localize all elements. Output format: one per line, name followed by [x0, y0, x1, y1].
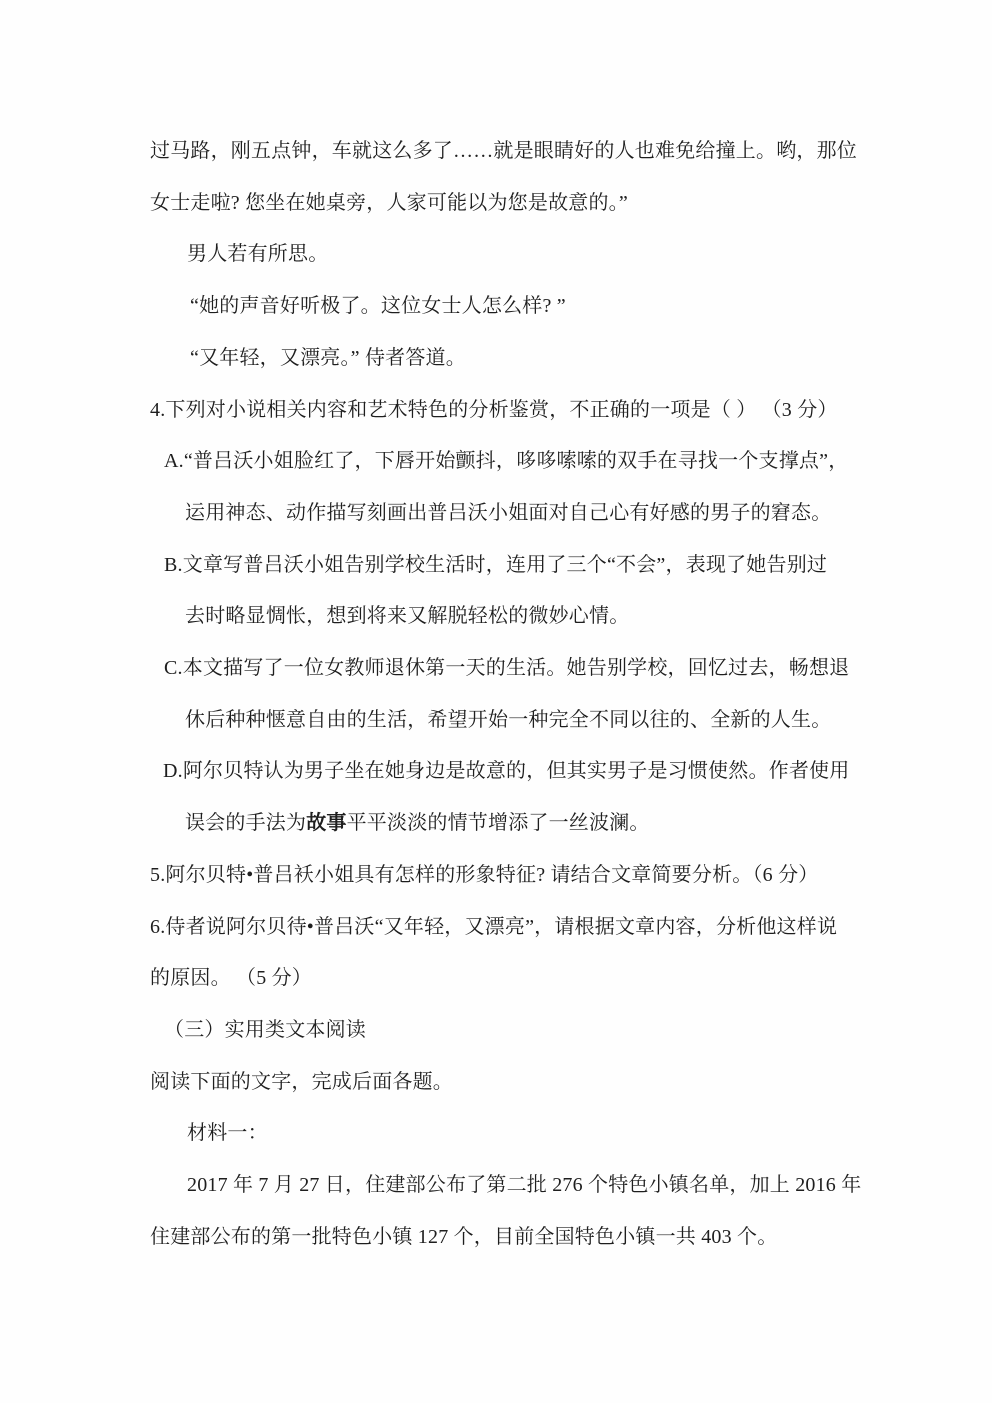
text-line: 4.下列对小说相关内容和艺术特色的分析鉴赏，不正确的一项是（ ） （3 分） [150, 385, 930, 437]
text-segment: 过马路，刚五点钟，车就这么多了……就是眼睛好的人也难免给撞上。哟，那位 [150, 140, 857, 162]
text-segment: 住建部公布的第一批特色小镇 127 个，目前全国特色小镇一共 403 个。 [150, 1226, 777, 1248]
text-line: 6.侍者说阿尔贝待•普吕沃“又年轻，又漂亮”，请根据文章内容，分析他这样说 [150, 902, 930, 954]
scanned-document-page: 过马路，刚五点钟，车就这么多了……就是眼睛好的人也难免给撞上。哟，那位女士走啦?… [0, 0, 992, 1403]
text-segment: 阅读下面的文字，完成后面各题。 [150, 1071, 453, 1093]
text-line: C.本文描写了一位女教师退休第一天的生活。她告别学校，回忆过去，畅想退 [150, 643, 930, 695]
text-segment: 女士走啦? 您坐在她桌旁，人家可能以为您是故意的。” [150, 192, 628, 214]
text-line: 2017 年 7 月 27 日，住建部公布了第二批 276 个特色小镇名单，加上… [150, 1160, 930, 1212]
text-segment: 4.下列对小说相关内容和艺术特色的分析鉴赏，不正确的一项是（ ） （3 分） [150, 399, 838, 421]
document-body: 过马路，刚五点钟，车就这么多了……就是眼睛好的人也难免给撞上。哟，那位女士走啦?… [150, 126, 930, 1263]
text-line: 5.阿尔贝特•普吕袄小姐具有怎样的形象特征? 请结合文章简要分析。（6 分） [150, 850, 930, 902]
text-segment: 男人若有所思。 [187, 243, 328, 265]
text-line: “她的声音好听极了。这位女士人怎么样? ” [150, 281, 930, 333]
text-line: 去时略显惆怅，想到将来又解脱轻松的微妙心情。 [150, 591, 930, 643]
text-line: （三）实用类文本阅读 [150, 1005, 930, 1057]
text-segment: 误会的手法为 [185, 812, 306, 834]
text-segment: C.本文描写了一位女教师退休第一天的生活。她告别学校，回忆过去，畅想退 [164, 657, 849, 679]
text-line: 运用神态、动作描写刻画出普吕沃小姐面对自己心有好感的男子的窘态。 [150, 488, 930, 540]
text-line: 女士走啦? 您坐在她桌旁，人家可能以为您是故意的。” [150, 178, 930, 230]
text-line: 过马路，刚五点钟，车就这么多了……就是眼睛好的人也难免给撞上。哟，那位 [150, 126, 930, 178]
text-line: 阅读下面的文字，完成后面各题。 [150, 1057, 930, 1109]
text-line: 男人若有所思。 [150, 229, 930, 281]
text-segment: 6.侍者说阿尔贝待•普吕沃“又年轻，又漂亮”，请根据文章内容，分析他这样说 [150, 916, 837, 938]
text-segment: 去时略显惆怅，想到将来又解脱轻松的微妙心情。 [185, 605, 629, 627]
text-segment: “她的声音好听极了。这位女士人怎么样? ” [190, 295, 566, 317]
text-line: B.文章写普吕沃小姐告别学校生活时，连用了三个“不会”，表现了她告别过 [150, 540, 930, 592]
text-segment: 平平淡淡的情节增添了一丝波澜。 [347, 812, 650, 834]
text-line: D.阿尔贝特认为男子坐在她身边是故意的，但其实男子是习惯使然。作者使用 [150, 746, 930, 798]
text-segment: 的原因。 （5 分） [150, 967, 312, 989]
text-segment: 材料一： [187, 1122, 268, 1144]
text-segment: 5.阿尔贝特•普吕袄小姐具有怎样的形象特征? 请结合文章简要分析。（6 分） [150, 864, 818, 886]
text-line: 误会的手法为故事平平淡淡的情节增添了一丝波澜。 [150, 798, 930, 850]
emphasized-text: 故事 [306, 812, 346, 834]
text-segment: 2017 年 7 月 27 日，住建部公布了第二批 276 个特色小镇名单，加上… [187, 1174, 861, 1196]
text-segment: “又年轻，又漂亮。” 侍者答道。 [190, 347, 466, 369]
text-line: “又年轻，又漂亮。” 侍者答道。 [150, 333, 930, 385]
text-segment: 休后种种惬意自由的生活，希望开始一种完全不同以往的、全新的人生。 [185, 709, 831, 731]
text-segment: B.文章写普吕沃小姐告别学校生活时，连用了三个“不会”，表现了她告别过 [164, 554, 827, 576]
text-line: 材料一： [150, 1108, 930, 1160]
text-line: 的原因。 （5 分） [150, 953, 930, 1005]
text-segment: 运用神态、动作描写刻画出普吕沃小姐面对自己心有好感的男子的窘态。 [185, 502, 831, 524]
text-segment: （三）实用类文本阅读 [164, 1019, 366, 1041]
text-line: 住建部公布的第一批特色小镇 127 个，目前全国特色小镇一共 403 个。 [150, 1212, 930, 1264]
text-line: 休后种种惬意自由的生活，希望开始一种完全不同以往的、全新的人生。 [150, 695, 930, 747]
text-segment: A.“普吕沃小姐脸红了，下唇开始颤抖，哆哆嗦嗦的双手在寻找一个支撑点”， [164, 450, 848, 472]
text-segment: D.阿尔贝特认为男子坐在她身边是故意的，但其实男子是习惯使然。作者使用 [163, 760, 849, 782]
text-line: A.“普吕沃小姐脸红了，下唇开始颤抖，哆哆嗦嗦的双手在寻找一个支撑点”， [150, 436, 930, 488]
